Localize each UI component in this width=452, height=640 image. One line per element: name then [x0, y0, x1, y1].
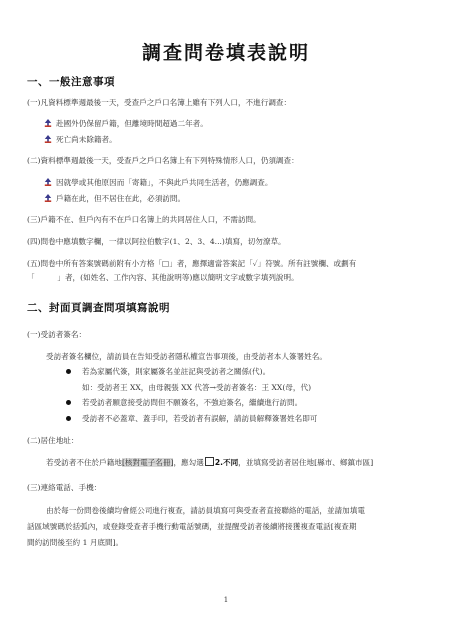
example-text: 如：受訪者王 XX，由母親張 XX 代答→受訪者簽名：王 XX(母，代)	[82, 382, 311, 394]
list-item: 赴國外仍保留戶籍，但離境時間超過二年者。	[44, 118, 208, 130]
section1-item2: (二)資料標準週最後一天，受查戶之戶口名簿上有下列特殊情形人口，仍須調查：	[27, 155, 299, 167]
sub2-heading: (二)居住地址：	[27, 435, 79, 447]
list-item: 若為家屬代簽，則家屬簽名並註記與受訪者之關係(代)。	[82, 366, 270, 378]
sub1-text: 受訪者簽名欄位，請訪員在告知受訪者隱私權宣告事項後，由受訪者本人簽署姓名。	[46, 351, 327, 363]
list-item: 受訪者不必蓋章、蓋手印，若受訪者有誤解，請訪員解釋簽署姓名即可	[82, 413, 317, 425]
arrow-bullet-icon	[44, 194, 52, 202]
list-item: 因就學或其他原因而「寄籍」，不與此戶共同生活者，仍應調查。	[44, 177, 272, 189]
highlighted-text: [核對電子名冊]	[122, 458, 174, 467]
arrow-bullet-icon	[44, 119, 52, 127]
page-title: 調查問卷填表說明	[0, 38, 452, 65]
section1-item4: (四)問卷中應填數字欄，一律以阿拉伯數字(1、2、3、4...)填寫，切勿潦草。	[27, 236, 286, 248]
document-page: 調查問卷填表說明 一、一般注意事項 (一)凡資料標準週最後一天，受查戶之戶口名簿…	[0, 0, 452, 640]
bullet-dot-icon	[66, 369, 71, 374]
option-label: 2.不同	[215, 458, 238, 467]
sub3-heading: (三)連絡電話、手機：	[27, 482, 101, 494]
section1-item3: (三)戶籍不在、但戶內有不在戶口名簿上的共同居住人口，不需訪問。	[27, 214, 261, 226]
sub3-line3: 間約訪問後至約 1 月底間]。	[27, 537, 123, 549]
section1-heading: 一、一般注意事項	[27, 74, 115, 89]
arrow-bullet-icon	[44, 178, 52, 186]
sub3-line2: 話區域號碼於括弧內，或登錄受查者手機行動電話號碼，並提醒受訪者後續將接獲複查電話…	[27, 521, 357, 533]
section2-heading: 二、封面頁調查問項填寫說明	[27, 300, 170, 315]
arrow-bullet-icon	[44, 135, 52, 143]
sub3-line1: 由於每一份問卷後續均會經公司進行複查，請訪員填寫可與受查者直接聯絡的電話，並請加…	[46, 505, 365, 517]
bullet-dot-icon	[66, 416, 71, 421]
list-item: 戶籍在此，但不居住在此，必須訪問。	[44, 193, 185, 205]
list-item: 死亡尚未除籍者。	[44, 134, 117, 146]
sub2-text: 若受訪者不住於戶籍地[核對電子名冊]，應勾選2.不同，並填寫受訪者居住地[縣市、…	[46, 457, 373, 469]
list-item: 若受訪者願意接受訪問但不願簽名，不強迫簽名，繼續進行訪問。	[82, 397, 302, 409]
sub1-heading: (一)受訪者簽名：	[27, 329, 86, 341]
checkbox-icon	[205, 457, 214, 466]
bullet-dot-icon	[66, 400, 71, 405]
section1-item5-line2: 「 」者，(如姓名、工作內容、其他說明等)應以簡明文字或數字填列說明。	[27, 272, 299, 284]
page-number: 1	[0, 596, 452, 604]
section1-item1: (一)凡資料標準週最後一天，受查戶之戶口名簿上雖有下列人口，不進行調查：	[27, 97, 291, 109]
section1-item5-line1: (五)問卷中所有答案號碼前附有小方格「□」者，應擇適當答案記「✓」符號。所有註號…	[27, 258, 356, 270]
